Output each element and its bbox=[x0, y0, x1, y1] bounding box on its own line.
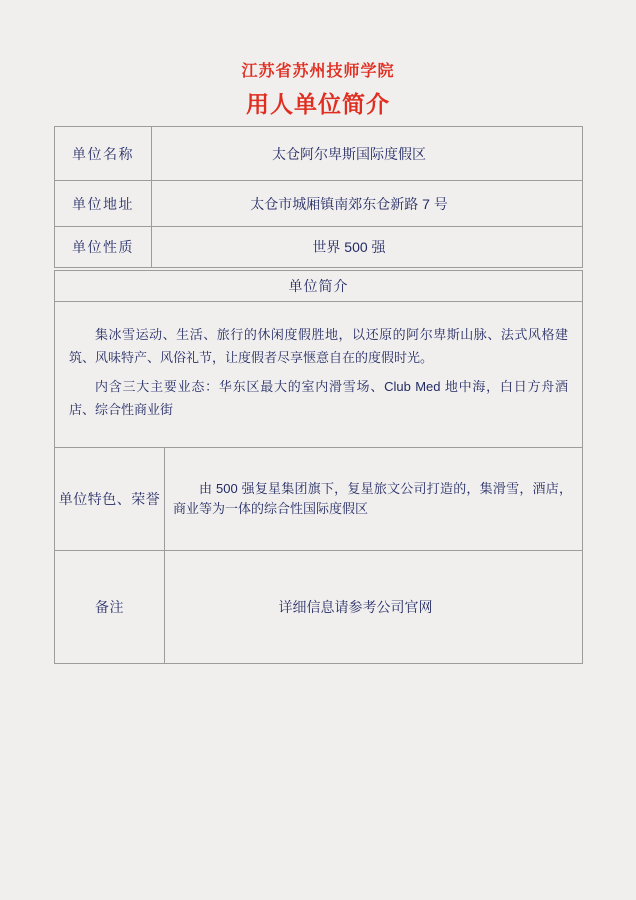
row-value: 由 500 强复星集团旗下，复星旅文公司打造的，集滑雪，酒店，商业等为一体的综合… bbox=[165, 448, 582, 550]
basic-info-section: 单位名称 太仓阿尔卑斯国际度假区 单位地址 太仓市城厢镇南郊东仓新路 7 号 单… bbox=[54, 126, 583, 268]
employer-info-table: 单位名称 太仓阿尔卑斯国际度假区 单位地址 太仓市城厢镇南郊东仓新路 7 号 单… bbox=[54, 126, 583, 664]
document-title: 用人单位简介 bbox=[0, 91, 636, 117]
intro-paragraph: 内含三大主要业态：华东区最大的室内滑雪场、Club Med 地中海，白日方舟酒店… bbox=[69, 375, 568, 421]
row-remarks: 备注 详细信息请参考公司官网 bbox=[55, 550, 582, 663]
row-label: 单位性质 bbox=[55, 227, 152, 267]
row-value: 世界 500 强 bbox=[152, 227, 582, 267]
row-unit-name: 单位名称 太仓阿尔卑斯国际度假区 bbox=[55, 127, 582, 180]
school-title: 江苏省苏州技师学院 bbox=[0, 62, 636, 81]
section-header-intro: 单位简介 bbox=[55, 271, 582, 301]
intro-paragraph: 集冰雪运动、生活、旅行的休闲度假胜地，以还原的阿尔卑斯山脉、法式风格建筑、风味特… bbox=[69, 323, 568, 369]
detail-section: 单位简介 集冰雪运动、生活、旅行的休闲度假胜地，以还原的阿尔卑斯山脉、法式风格建… bbox=[54, 270, 583, 664]
row-value: 太仓阿尔卑斯国际度假区 bbox=[152, 127, 582, 180]
row-value: 详细信息请参考公司官网 bbox=[165, 551, 582, 663]
feature-text: 由 500 强复星集团旗下，复星旅文公司打造的，集滑雪，酒店，商业等为一体的综合… bbox=[173, 479, 572, 519]
document-page: 江苏省苏州技师学院 用人单位简介 单位名称 太仓阿尔卑斯国际度假区 单位地址 太… bbox=[0, 0, 636, 900]
row-label: 单位名称 bbox=[55, 127, 152, 180]
row-label: 单位特色、荣誉 bbox=[55, 448, 165, 550]
row-value: 太仓市城厢镇南郊东仓新路 7 号 bbox=[152, 181, 582, 226]
intro-text-cell: 集冰雪运动、生活、旅行的休闲度假胜地，以还原的阿尔卑斯山脉、法式风格建筑、风味特… bbox=[55, 301, 582, 447]
row-label: 备注 bbox=[55, 551, 165, 663]
row-label: 单位地址 bbox=[55, 181, 152, 226]
row-unit-address: 单位地址 太仓市城厢镇南郊东仓新路 7 号 bbox=[55, 180, 582, 226]
row-unit-nature: 单位性质 世界 500 强 bbox=[55, 226, 582, 267]
row-features-honors: 单位特色、荣誉 由 500 强复星集团旗下，复星旅文公司打造的，集滑雪，酒店，商… bbox=[55, 447, 582, 550]
